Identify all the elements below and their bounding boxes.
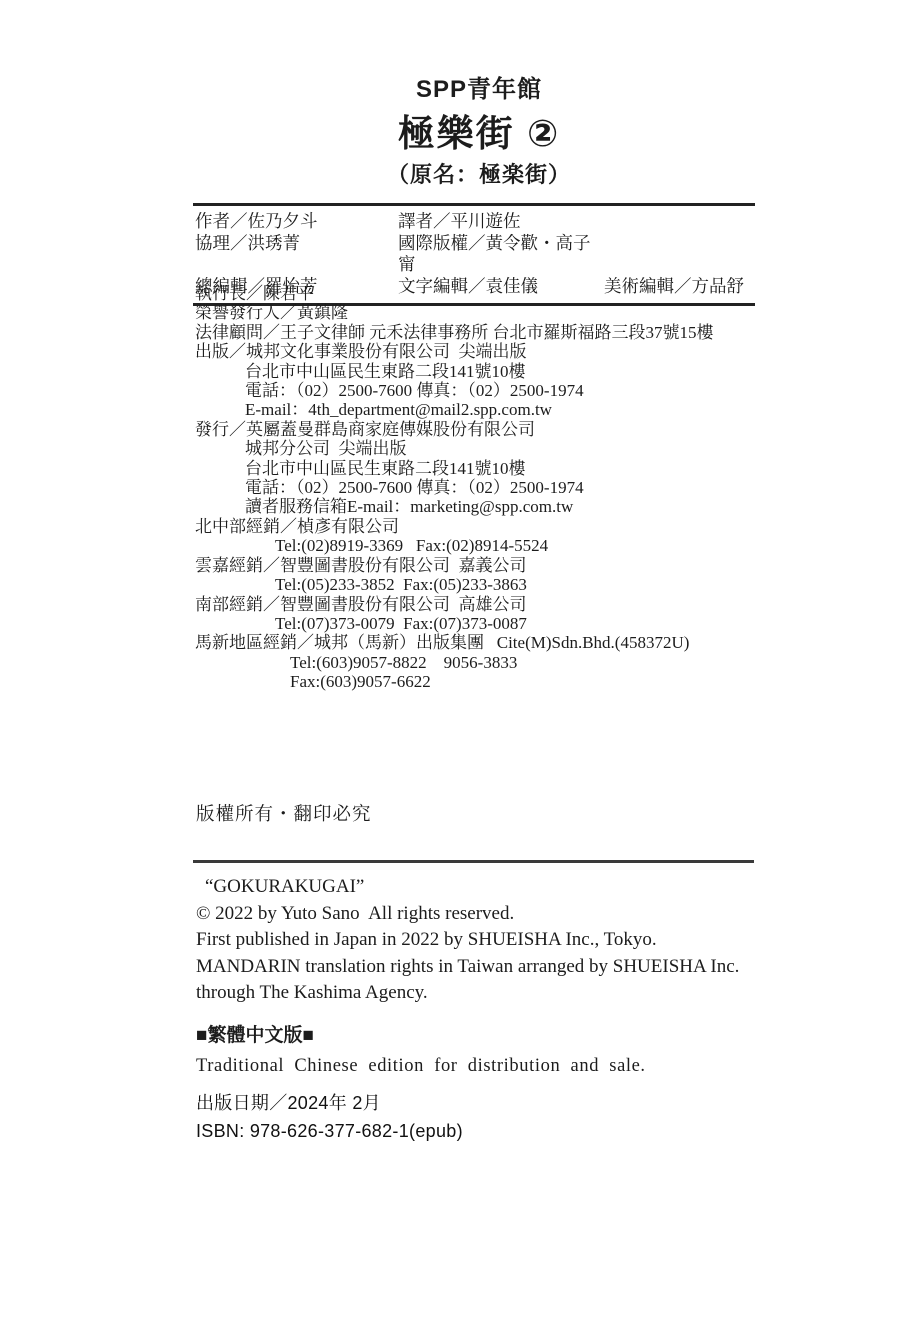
publish-date: 出版日期／2024年 2月 xyxy=(196,1090,696,1118)
credit-author: 作者／佐乃夕斗 xyxy=(193,211,398,233)
colophon-line-yunjia-dist: 雲嘉經銷／智豐圖書股份有限公司 嘉義公司 xyxy=(195,556,795,575)
colophon-line-hon-publisher: 榮譽發行人／黃鎮隆 xyxy=(195,303,795,322)
english-line-agency: through The Kashima Agency. xyxy=(196,980,756,1007)
edition-notice: Traditional Chinese edition for distribu… xyxy=(196,1056,796,1077)
colophon-line-distributor: 發行／英屬蓋曼群島商家庭傳媒股份有限公司 xyxy=(195,420,795,439)
colophon-line-dist-phone: 電話：（02）2500-7600 傳真：（02）2500-1974 xyxy=(195,478,795,497)
credit-intl-rights: 國際版權／黃令歡・高子甯 xyxy=(398,233,604,276)
colophon-line-legal: 法律顧問／王子文律師 元禾法律事務所 台北市羅斯福路三段37號15樓 xyxy=(195,323,795,342)
isbn: ISBN: 978-626-377-682-1(epub) xyxy=(196,1118,696,1146)
colophon-line-malaysia-tel: Tel:(603)9057-8822 9056-3833 xyxy=(195,653,795,672)
english-line-mandarin-rights: MANDARIN translation rights in Taiwan ar… xyxy=(196,954,756,981)
colophon-line-dist-address: 台北市中山區民生東路二段141號10樓 xyxy=(195,459,795,478)
colophon-line-pub-email: E-mail：4th_department@mail2.spp.com.tw xyxy=(195,400,795,419)
colophon-line-service-email: 讀者服務信箱E-mail：marketing@spp.com.tw xyxy=(195,497,795,516)
credits-row-1: 作者／佐乃夕斗 譯者／平川遊佐 xyxy=(193,211,755,233)
colophon-line-south-telfax: Tel:(07)373-0079 Fax:(07)373-0087 xyxy=(195,614,795,633)
english-line-copyright: © 2022 by Yuto Sano All rights reserved. xyxy=(196,901,756,928)
credit-row2-extra xyxy=(604,233,755,276)
edition-block: ■繁體中文版■ Traditional Chinese edition for … xyxy=(196,1024,796,1077)
credit-coordinator: 協理／洪琇菁 xyxy=(193,233,398,276)
english-line-title: “GOKURAKUGAI” xyxy=(196,874,756,901)
colophon-line-pub-address: 台北市中山區民生東路二段141號10樓 xyxy=(195,362,795,381)
edition-banner: ■繁體中文版■ xyxy=(196,1024,796,1048)
colophon-line-dist-branch: 城邦分公司 尖端出版 xyxy=(195,439,795,458)
colophon-lines: 執行長／陳君平 榮譽發行人／黃鎮隆 法律顧問／王子文律師 元禾法律事務所 台北市… xyxy=(195,284,795,692)
colophon-line-ceo: 執行長／陳君平 xyxy=(195,284,795,303)
credit-translator: 譯者／平川遊佐 xyxy=(398,211,604,233)
colophon-line-south-dist: 南部經銷／智豐圖書股份有限公司 高雄公司 xyxy=(195,595,795,614)
book-title: 極樂街 ② xyxy=(193,111,765,157)
publish-info-block: 出版日期／2024年 2月 ISBN: 978-626-377-682-1(ep… xyxy=(196,1090,696,1145)
original-title: （原名：極楽街） xyxy=(193,161,765,189)
colophon-line-malaysia-dist: 馬新地區經銷／城邦（馬新）出版集團 Cite(M)Sdn.Bhd.(458372… xyxy=(195,633,795,652)
colophon-page: SPP青年館 極樂街 ② （原名：極楽街） 作者／佐乃夕斗 譯者／平川遊佐 協理… xyxy=(0,0,915,1331)
english-line-first-published: First published in Japan in 2022 by SHUE… xyxy=(196,927,756,954)
colophon-line-publisher: 出版／城邦文化事業股份有限公司 尖端出版 xyxy=(195,342,795,361)
english-copyright-block: “GOKURAKUGAI” © 2022 by Yuto Sano All ri… xyxy=(196,874,756,1007)
colophon-line-pub-phone: 電話：（02）2500-7600 傳真：（02）2500-1974 xyxy=(195,381,795,400)
credit-row1-extra xyxy=(604,211,755,233)
colophon-line-yunjia-telfax: Tel:(05)233-3852 Fax:(05)233-3863 xyxy=(195,575,795,594)
title-block: SPP青年館 極樂街 ② （原名：極楽街） xyxy=(193,76,765,189)
publisher-imprint: SPP青年館 xyxy=(193,76,765,104)
colophon-line-north-telfax: Tel:(02)8919-3369 Fax:(02)8914-5524 xyxy=(195,536,795,555)
colophon-line-malaysia-fax: Fax:(603)9057-6622 xyxy=(195,672,795,691)
colophon-line-north-dist: 北中部經銷／楨彥有限公司 xyxy=(195,517,795,536)
credits-row-2: 協理／洪琇菁 國際版權／黃令歡・高子甯 xyxy=(193,233,755,276)
divider-rule xyxy=(193,860,754,863)
copyright-notice: 版權所有・翻印必究 xyxy=(196,800,372,826)
